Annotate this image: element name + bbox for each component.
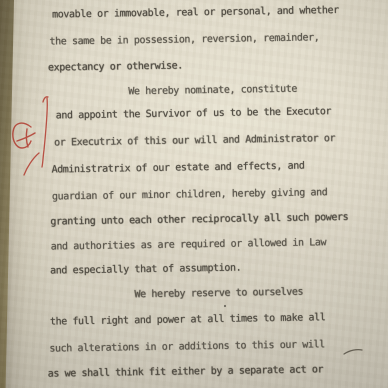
text-line: or Executrix of this our will and Admini… <box>54 133 335 148</box>
text-line: expectancy or otherwise. <box>48 60 183 73</box>
text-line: and especially that of assumption. <box>50 263 241 277</box>
text-line: guardian of our minor children, hereby g… <box>52 187 328 202</box>
text-line-paragraph-indent: We hereby reserve to ourselves <box>134 287 303 301</box>
text-line: granting unto each other reciprocally al… <box>50 212 348 228</box>
text-line: Administratrix of our estate and effects… <box>51 161 304 176</box>
text-line: the same be in possession, reversion, re… <box>49 32 319 47</box>
text-line: as we shall think fit either by a separa… <box>48 364 324 379</box>
text-line: such alterations in or additions to this… <box>49 339 325 354</box>
text-line: and authorities as are required or allow… <box>51 237 327 252</box>
text-line: movable or immovable, real or personal, … <box>52 5 339 21</box>
text-line: the full right and power at all times to… <box>50 312 326 327</box>
will-document-page: movable or immovable, real or personal, … <box>0 0 388 388</box>
typewritten-text-block: movable or immovable, real or personal, … <box>0 0 388 388</box>
text-line-paragraph-indent: We hereby nominate, constitute <box>128 84 297 98</box>
text-line: and appoint the Survivor of us to be the… <box>56 106 332 121</box>
